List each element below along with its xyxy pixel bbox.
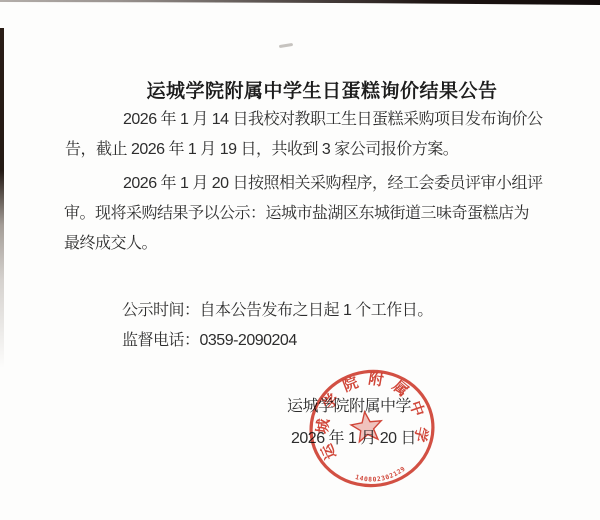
body-line-3: 2026 年 1 月 20 日按照相关采购程序，经工会委员评审小组评 — [123, 175, 543, 193]
body-line-4: 审。现将采购结果予以公示：运城市盐湖区东城街道三味奇蛋糕店为 — [64, 205, 529, 223]
body-line-5: 最终成交人。 — [64, 235, 157, 253]
body-line-1: 2026 年 1 月 14 日我校对教职工生日蛋糕采购项目发布询价公 — [123, 111, 543, 129]
supervision-phone-line: 监督电话：0359-2090204 — [122, 332, 297, 350]
body-line-2: 告，截止 2026 年 1 月 19 日，共收到 3 家公司报价方案。 — [65, 141, 458, 159]
smudge-mark — [279, 43, 293, 48]
seal-star-icon — [350, 410, 384, 443]
seal-ring-text: 运城学院附属中学 — [306, 367, 434, 467]
announcement-title: 运城学院附属中学生日蛋糕询价结果公告 — [146, 76, 497, 103]
official-seal: 运城学院附属中学 1408023021297 — [306, 367, 438, 491]
scan-edge-top-artifact — [0, 0, 600, 5]
publicity-period-line: 公示时间：自本公告发布之日起 1 个工作日。 — [122, 302, 433, 320]
svg-text:运城学院附属中学: 运城学院附属中学 — [306, 367, 434, 467]
scanned-document-page: 运城学院附属中学生日蛋糕询价结果公告 2026 年 1 月 14 日我校对教职工… — [0, 0, 600, 520]
scan-edge-left-artifact — [0, 28, 4, 368]
